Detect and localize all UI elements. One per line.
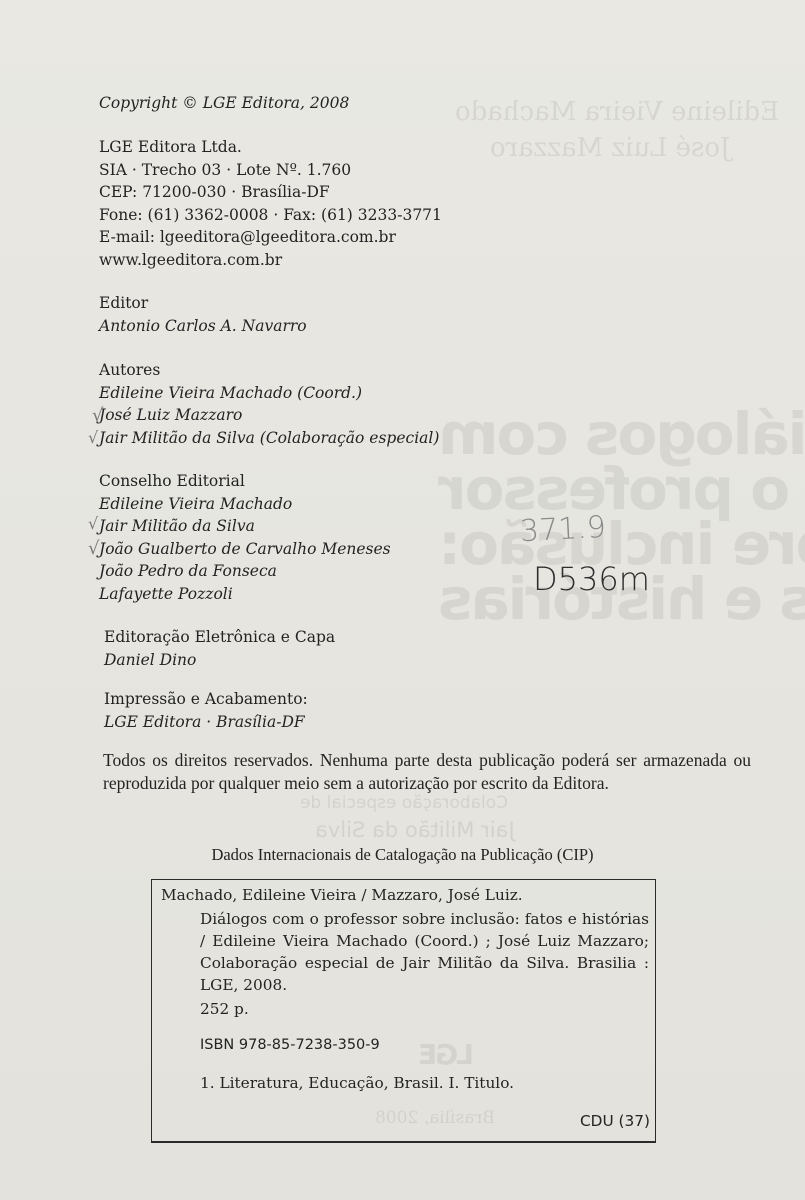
ghost-author-1: Edileine Vieira Machado [455, 97, 779, 127]
cip-description: Diálogos com o professor sobre inclusão:… [200, 908, 649, 996]
authors-label: Autores [99, 359, 439, 382]
ghost-collab-2: Jair Militão da Silva [315, 818, 515, 842]
board-member: João Gualberto de Carvalho Meneses [99, 538, 391, 561]
rights-notice: Todos os direitos reservados. Nenhuma pa… [103, 749, 751, 795]
board-member: João Pedro da Fonseca [99, 560, 391, 583]
check-mark-icon: √ [88, 514, 98, 533]
editor-name: Antonio Carlos A. Navarro [99, 315, 307, 338]
authors-section: Autores Edileine Vieira Machado (Coord.)… [99, 359, 439, 449]
editorial-board-label: Conselho Editorial [99, 470, 391, 493]
cip-record-box: Machado, Edileine Vieira / Mazzaro, José… [151, 879, 656, 1143]
board-member: Jair Militão da Silva [99, 515, 391, 538]
ghost-collab-1: Colaboração especial de [300, 793, 508, 813]
publisher-email: E-mail: lgeeditora@lgeeditora.com.br [99, 226, 442, 249]
design-section: Editoração Eletrônica e Capa Daniel Dino [104, 626, 335, 671]
check-mark-icon: √ [92, 405, 103, 426]
check-mark-icon: √ [88, 428, 98, 447]
board-member: Edileine Vieira Machado [99, 493, 391, 516]
handwritten-classification: 371.9 [519, 510, 607, 549]
printing-label: Impressão e Acabamento: [104, 688, 308, 711]
printing-section: Impressão e Acabamento: LGE Editora · Br… [104, 688, 308, 733]
cip-heading: Dados Internacionais de Catalogação na P… [0, 845, 805, 865]
publisher-cep: CEP: 71200-030 · Brasília-DF [99, 181, 442, 204]
handwritten-cutter: D536m [533, 560, 650, 598]
design-label: Editoração Eletrônica e Capa [104, 626, 335, 649]
cip-main-entry: Machado, Edileine Vieira / Mazzaro, José… [161, 886, 523, 904]
publisher-address: SIA · Trecho 03 · Lote Nº. 1.760 [99, 159, 442, 182]
publisher-name: LGE Editora Ltda. [99, 136, 442, 159]
editor-label: Editor [99, 292, 307, 315]
cip-isbn: ISBN 978-85-7238-350-9 [200, 1037, 380, 1053]
publisher-website: www.lgeeditora.com.br [99, 249, 442, 272]
board-member: Lafayette Pozzoli [99, 583, 391, 606]
cip-subjects: 1. Literatura, Educação, Brasil. I. Titu… [200, 1074, 514, 1092]
ghost-author-2: José Luiz Mazzaro [490, 133, 730, 163]
publisher-block: LGE Editora Ltda. SIA · Trecho 03 · Lote… [99, 136, 442, 271]
publisher-phone: Fone: (61) 3362-0008 · Fax: (61) 3233-37… [99, 204, 442, 227]
printing-value: LGE Editora · Brasília-DF [104, 711, 308, 734]
copyright-line: Copyright © LGE Editora, 2008 [99, 92, 349, 115]
design-name: Daniel Dino [104, 649, 335, 672]
author-item: Jair Militão da Silva (Colaboração espec… [99, 427, 439, 450]
author-item: Edileine Vieira Machado (Coord.) [99, 382, 439, 405]
cip-cdu: CDU (37) [580, 1112, 650, 1130]
check-mark-icon: √ [88, 538, 99, 559]
author-item: José Luiz Mazzaro [99, 404, 439, 427]
editorial-board-section: Conselho Editorial Edileine Vieira Macha… [99, 470, 391, 605]
editor-section: Editor Antonio Carlos A. Navarro [99, 292, 307, 337]
cip-pages: 252 p. [200, 1000, 249, 1018]
